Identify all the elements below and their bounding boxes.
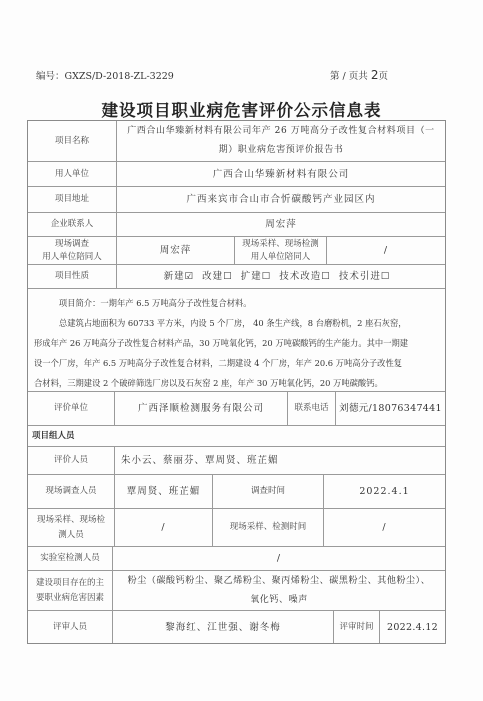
page-suffix: 页 [378, 71, 388, 82]
intro-paragraph-1: 项目简介：一期年产 6.5 万吨高分子改性复合材料。 [34, 293, 439, 313]
checkbox-icon[interactable]: ☐ [223, 271, 233, 282]
reviewers-value: 黎海红、江世强、谢冬梅 [112, 611, 333, 643]
project-nature-label: 项目性质 [28, 265, 116, 288]
row-reviewers: 评审人员 黎海红、江世强、谢冬梅 评审时间 2022.4.12 [28, 610, 445, 643]
eval-unit-label: 评价单位 [28, 392, 114, 425]
row-companions: 现场调查 用人单位陪同人 周宏萍 现场采样、现场检测 用人单位陪同人 / [28, 236, 445, 264]
info-table: 项目名称 广西合山华臻新材料有限公司年产 26 万吨高分子改性复合材料项目（一 … [27, 120, 446, 644]
nature-option-new[interactable]: 新建☑ [164, 269, 195, 284]
sampling-companion-value: / [326, 237, 445, 264]
team-section-heading: 项目组人员 [28, 426, 445, 446]
hazards-label: 建设项目存在的主 要职业病危害因素 [28, 571, 112, 610]
evaluators-label: 评价人员 [28, 447, 114, 474]
row-employer: 用人单位 广西合山华臻新材料有限公司 [28, 161, 445, 186]
project-name-value: 广西合山华臻新材料有限公司年产 26 万吨高分子改性复合材料项目（一 期）职业病… [116, 121, 445, 161]
sampling-time-value: / [323, 509, 445, 546]
employer-label: 用人单位 [28, 162, 116, 186]
checkbox-icon[interactable]: ☐ [321, 271, 331, 282]
document-number: 编号：GXZS/D-2018-ZL-3229 [36, 68, 174, 82]
eval-unit-value: 广西泽顺检测服务有限公司 [114, 392, 287, 425]
samplers-value: / [114, 509, 212, 546]
intro-paragraph-2-line-1: 总建筑占地面积为 60733 平方米，内设 5 个厂房， 40 条生产线，8 台… [34, 313, 439, 333]
phone-label: 联系电话 [287, 392, 335, 425]
row-hazards: 建设项目存在的主 要职业病危害因素 粉尘（碳酸钙粉尘、聚乙烯粉尘、聚丙烯粉尘、碳… [28, 570, 445, 610]
nature-option-expand[interactable]: 扩建☐ [241, 269, 272, 284]
row-team-section: 项目组人员 [28, 425, 445, 446]
reviewers-label: 评审人员 [28, 611, 112, 643]
surveyors-value: 覃周贤、班芷媚 [114, 475, 212, 508]
page-current: / [343, 71, 346, 82]
row-lab: 实验室检测人员 / [28, 546, 445, 570]
checkbox-icon[interactable]: ☐ [262, 271, 272, 282]
page-number: 第 / 页共 2页 [330, 68, 388, 82]
sampling-companion-label: 现场采样、现场检测 用人单位陪同人 [234, 237, 326, 264]
project-nature-options: 新建☑ 改建☐ 扩建☐ 技术改造☐ 技术引进☐ [116, 265, 445, 288]
page-prefix: 第 [330, 71, 340, 82]
employer-value: 广西合山华臻新材料有限公司 [116, 162, 445, 186]
intro-paragraph-2-line-3: 设一个厂房，年产 6.5 万吨高分子改性复合材料，二期建设 4 个厂房，年产 2… [34, 353, 439, 373]
row-surveyors: 现场调查人员 覃周贤、班芷媚 调查时间 2022.4.1 [28, 474, 445, 508]
survey-time-value: 2022.4.1 [323, 475, 445, 508]
address-label: 项目地址 [28, 187, 116, 212]
page-title: 建设项目职业病危害评价公示信息表 [0, 97, 483, 121]
review-time-value: 2022.4.12 [379, 611, 445, 643]
project-intro: 项目简介：一期年产 6.5 万吨高分子改性复合材料。 总建筑占地面积为 6073… [28, 289, 445, 393]
page-mid: 页共 [349, 71, 368, 82]
survey-companion-value: 周宏萍 [116, 237, 234, 264]
nature-option-rebuild[interactable]: 改建☐ [202, 269, 233, 284]
row-samplers: 现场采样、现场检 测人员 / 现场采样、检测时间 / [28, 508, 445, 546]
row-eval-unit: 评价单位 广西泽顺检测服务有限公司 联系电话 刘德元/18076347441 [28, 391, 445, 425]
intro-paragraph-2-line-4: 合材料，三期建设 2 个破碎筛选厂房以及石灰窑 2 座，年产 30 万吨氧化钙，… [34, 373, 439, 393]
row-project-name: 项目名称 广西合山华臻新材料有限公司年产 26 万吨高分子改性复合材料项目（一 … [28, 121, 445, 161]
survey-companion-label: 现场调查 用人单位陪同人 [28, 237, 116, 264]
checkbox-checked-icon[interactable]: ☑ [185, 271, 195, 282]
intro-paragraph-2-line-2: 形成年产 26 万吨高分子改性复合材料产品，30 万吨氧化钙，20 万吨碳酸钙的… [34, 333, 439, 353]
nature-option-tech-upgrade[interactable]: 技术改造☐ [279, 269, 331, 284]
contact-value: 周宏萍 [116, 213, 445, 236]
samplers-label: 现场采样、现场检 测人员 [28, 509, 114, 546]
row-project-intro: 项目简介：一期年产 6.5 万吨高分子改性复合材料。 总建筑占地面积为 6073… [28, 288, 445, 391]
survey-time-label: 调查时间 [212, 475, 323, 508]
address-value: 广西来宾市合山市合忻碳酸钙产业园区内 [116, 187, 445, 212]
row-contact: 企业联系人 周宏萍 [28, 212, 445, 236]
review-time-label: 评审时间 [333, 611, 379, 643]
row-address: 项目地址 广西来宾市合山市合忻碳酸钙产业园区内 [28, 186, 445, 212]
lab-label: 实验室检测人员 [28, 547, 112, 570]
contact-label: 企业联系人 [28, 213, 116, 236]
project-name-label: 项目名称 [28, 121, 116, 161]
lab-value: / [112, 547, 445, 570]
row-project-nature: 项目性质 新建☑ 改建☐ 扩建☐ 技术改造☐ 技术引进☐ [28, 264, 445, 288]
hazards-value: 粉尘（碳酸钙粉尘、聚乙烯粉尘、聚丙烯粉尘、碳黑粉尘、其他粉尘）、 氧化钙、噪声 [112, 571, 445, 610]
row-evaluators: 评价人员 朱小云、蔡丽芬、覃周贤、班芷媚 [28, 446, 445, 474]
sampling-time-label: 现场采样、检测时间 [212, 509, 323, 546]
evaluators-value: 朱小云、蔡丽芬、覃周贤、班芷媚 [114, 447, 445, 474]
checkbox-icon[interactable]: ☐ [381, 271, 391, 282]
surveyors-label: 现场调查人员 [28, 475, 114, 508]
phone-value: 刘德元/18076347441 [335, 392, 445, 425]
nature-option-tech-import[interactable]: 技术引进☐ [339, 269, 391, 284]
